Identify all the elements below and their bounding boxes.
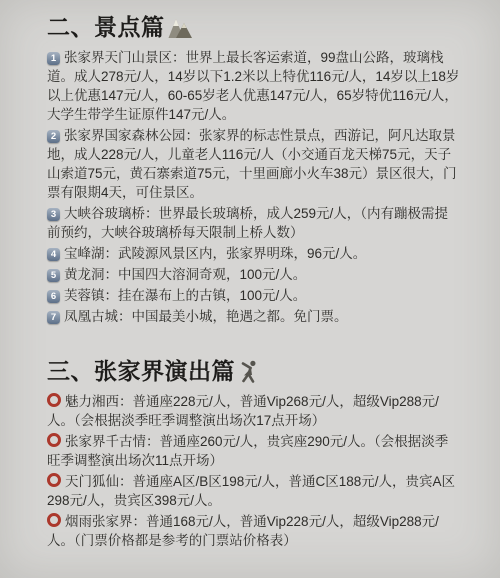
show-item-text: 天门狐仙：普通座A区/B区198元/人，普通C区188元/人，贵宾A区298元/… bbox=[47, 474, 455, 508]
show-item: 烟雨张家界：普通168元/人，普通Vip228元/人，超级Vip288元/人。（… bbox=[47, 512, 460, 550]
note-page: 二、景点篇 1张家界天门山景区：世界上最长客运索道，99盘山公路，玻璃栈道。成人… bbox=[0, 0, 500, 578]
keycap-5-badge: 5 bbox=[47, 269, 60, 282]
attraction-item-text: 芙蓉镇：挂在瀑布上的古镇，100元/人。 bbox=[64, 288, 306, 303]
show-item: 张家界千古情：普通座260元/人，贵宾座290元/人。（会根据淡季旺季调整演出场… bbox=[47, 432, 460, 470]
show-item-text: 张家界千古情：普通座260元/人，贵宾座290元/人。（会根据淡季旺季调整演出场… bbox=[47, 434, 448, 468]
section-attractions: 二、景点篇 1张家界天门山景区：世界上最长客运索道，99盘山公路，玻璃栈道。成人… bbox=[47, 13, 460, 326]
show-item-text: 魅力湘西：普通座228元/人，普通Vip268元/人，超级Vip288元/人。（… bbox=[47, 394, 439, 428]
attraction-item-text: 张家界国家森林公园：张家界的标志性景点，西游记，阿凡达取景地，成人228元/人，… bbox=[47, 128, 457, 200]
mountain-icon bbox=[168, 18, 192, 38]
section-shows-title-text: 三、张家界演出篇 bbox=[47, 357, 235, 385]
attraction-item-text: 宝峰湖：武陵源风景区内，张家界明珠，96元/人。 bbox=[64, 246, 366, 261]
hollow-red-circle-icon bbox=[47, 513, 61, 527]
keycap-3-badge: 3 bbox=[47, 208, 60, 221]
attraction-item: 6芙蓉镇：挂在瀑布上的古镇，100元/人。 bbox=[47, 286, 460, 305]
attraction-item-text: 凤凰古城：中国最美小城，艳遇之都。免门票。 bbox=[64, 309, 348, 324]
attraction-item: 1张家界天门山景区：世界上最长客运索道，99盘山公路，玻璃栈道。成人278元/人… bbox=[47, 48, 460, 124]
hollow-red-circle-icon bbox=[47, 473, 61, 487]
hollow-red-circle-icon bbox=[47, 433, 61, 447]
keycap-6-badge: 6 bbox=[47, 290, 60, 303]
section-attractions-title: 二、景点篇 bbox=[47, 13, 460, 41]
section-shows-title: 三、张家界演出篇 bbox=[47, 357, 460, 385]
attraction-item-text: 大峡谷玻璃桥：世界最长玻璃桥，成人259元/人，（内有蹦极需提前预约，大峡谷玻璃… bbox=[47, 206, 448, 240]
attraction-item-text: 张家界天门山景区：世界上最长客运索道，99盘山公路，玻璃栈道。成人278元/人，… bbox=[47, 50, 459, 122]
keycap-4-badge: 4 bbox=[47, 248, 60, 261]
show-item: 魅力湘西：普通座228元/人，普通Vip268元/人，超级Vip288元/人。（… bbox=[47, 392, 460, 430]
show-item-text: 烟雨张家界：普通168元/人，普通Vip228元/人，超级Vip288元/人。（… bbox=[47, 514, 439, 548]
attraction-item: 5黄龙洞：中国四大溶洞奇观，100元/人。 bbox=[47, 265, 460, 284]
section-shows: 三、张家界演出篇 魅力湘西：普通座228元/人，普通Vip268元/人，超级Vi… bbox=[47, 357, 460, 550]
show-item: 天门狐仙：普通座A区/B区198元/人，普通C区188元/人，贵宾A区298元/… bbox=[47, 472, 460, 510]
keycap-2-badge: 2 bbox=[47, 130, 60, 143]
attraction-item: 3大峡谷玻璃桥：世界最长玻璃桥，成人259元/人，（内有蹦极需提前预约，大峡谷玻… bbox=[47, 204, 460, 242]
section-attractions-title-text: 二、景点篇 bbox=[47, 13, 165, 41]
keycap-1-badge: 1 bbox=[47, 52, 60, 65]
attraction-item: 7凤凰古城：中国最美小城，艳遇之都。免门票。 bbox=[47, 307, 460, 326]
attraction-item: 2张家界国家森林公园：张家界的标志性景点，西游记，阿凡达取景地，成人228元/人… bbox=[47, 126, 460, 202]
hollow-red-circle-icon bbox=[47, 393, 61, 407]
man-dancing-icon bbox=[238, 360, 259, 384]
attraction-item-text: 黄龙洞：中国四大溶洞奇观，100元/人。 bbox=[64, 267, 306, 282]
keycap-7-badge: 7 bbox=[47, 311, 60, 324]
attraction-item: 4宝峰湖：武陵源风景区内，张家界明珠，96元/人。 bbox=[47, 244, 460, 263]
